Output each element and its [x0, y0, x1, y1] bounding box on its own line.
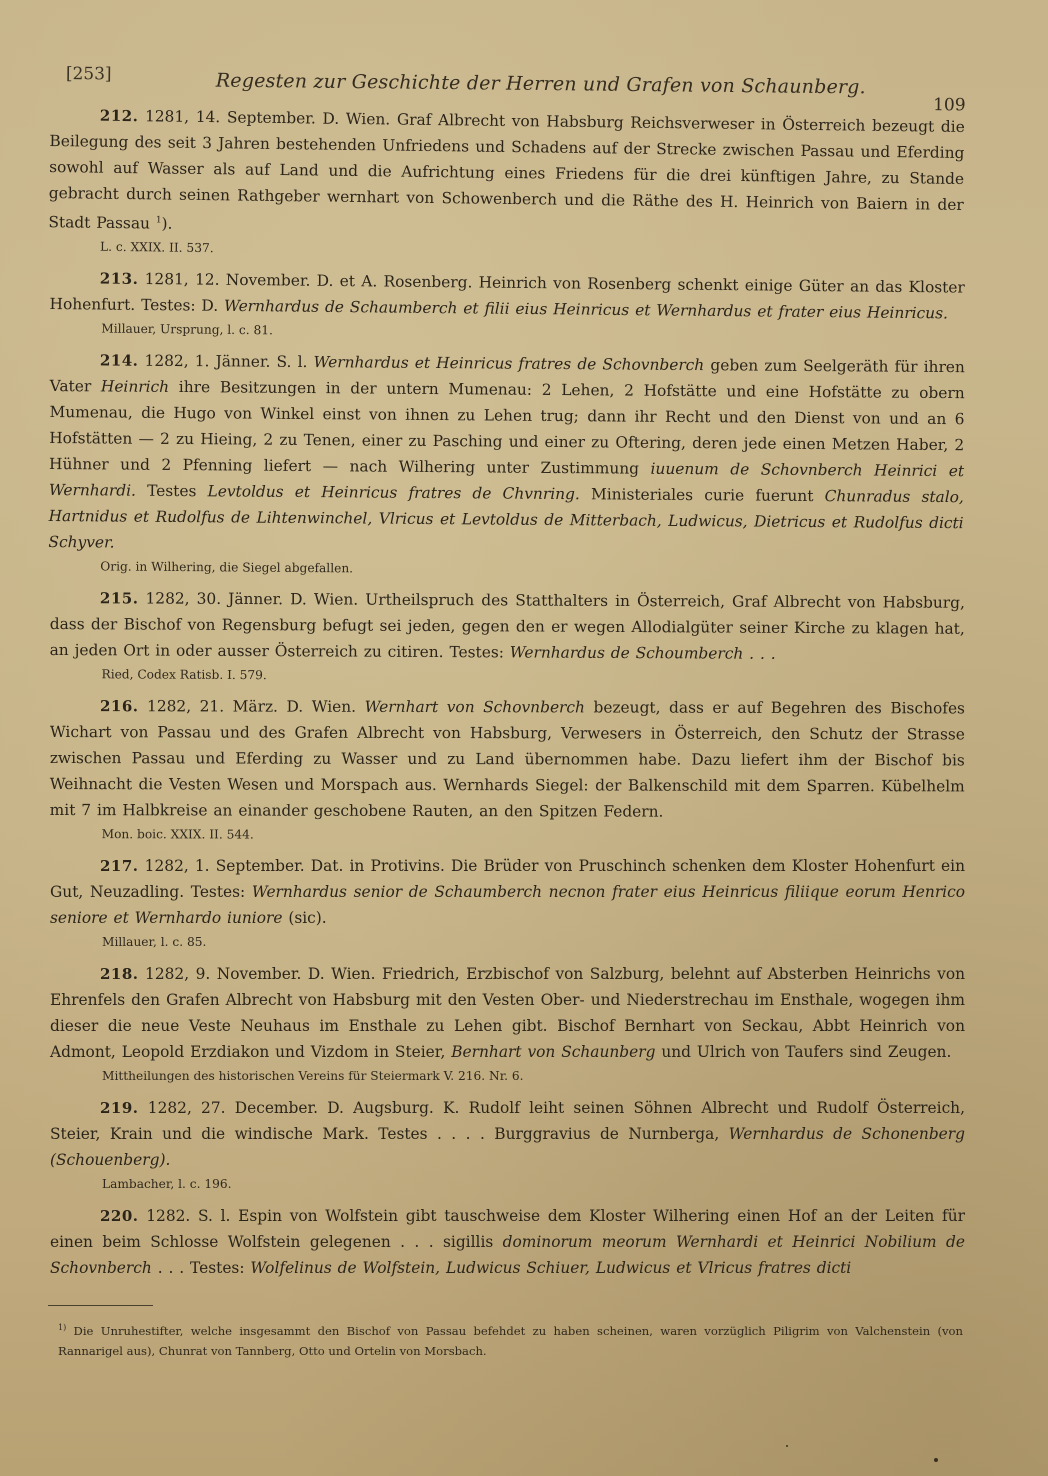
regesten-entries: 212. 1281, 14. September. D. Wien. Graf …: [50, 102, 965, 1291]
footnote-text: Die Unruhestifter, welche insgesammt den…: [58, 1324, 963, 1358]
latin-text: Levtoldus et Heinricus fratres de Chvnri…: [207, 482, 579, 503]
entry-date-place: 1282, 1. Jänner. S. l.: [138, 352, 313, 371]
entry-number: 213.: [100, 270, 139, 288]
entry-212: 212. 1281, 14. September. D. Wien. Graf …: [48, 102, 965, 267]
entry-216: 216. 1282, 21. März. D. Wien. Wernhart v…: [50, 693, 965, 845]
entry-date-place: 1282, 9. November. D. Wien.: [139, 965, 382, 983]
entry-220: 220. 1282. S. l. Espin von Wolfstein gib…: [50, 1203, 965, 1281]
entry-number: 217.: [100, 857, 139, 875]
entry-text: 220. 1282. S. l. Espin von Wolfstein gib…: [50, 1203, 965, 1281]
entry-number: 212.: [100, 107, 139, 126]
german-text: Graf Albrecht von Habsburg Reichsverwese…: [48, 111, 965, 233]
entry-source: Mon. boic. XXIX. II. 544.: [50, 825, 965, 845]
entry-tail: ).: [162, 215, 173, 233]
latin-text: Wernhart von Schovnberch: [365, 698, 585, 717]
entry-number: 219.: [100, 1099, 139, 1117]
german-text: (sic).: [282, 909, 326, 927]
entry-text: 218. 1282, 9. November. D. Wien. Friedri…: [50, 961, 965, 1065]
entry-217: 217. 1282, 1. September. Dat. in Protivi…: [50, 853, 965, 951]
running-title: Regesten zur Geschichte der Herren und G…: [216, 70, 866, 99]
entry-date-place: 1281, 12. November. D. et A. Rosenberg.: [138, 270, 478, 292]
entry-text: 215. 1282, 30. Jänner. D. Wien. Urtheils…: [50, 585, 965, 668]
german-text: Testes: [136, 482, 208, 501]
latin-text: Bernhart von Schaunberg: [451, 1043, 655, 1061]
page-reference: [253]: [66, 64, 112, 84]
footnote-divider: [48, 1305, 153, 1306]
latin-text: Wolfelinus de Wolfstein, Ludwicus Schiue…: [250, 1259, 851, 1277]
latin-text: Wernhardus et Heinricus fratres de Schov…: [314, 353, 705, 374]
entry-text: 212. 1281, 14. September. D. Wien. Graf …: [48, 102, 965, 247]
footnote-mark: 1): [58, 1323, 66, 1332]
paper-speck: [934, 1458, 938, 1462]
german-text: bezeugt, dass er auf Begehren des Bischo…: [50, 699, 965, 821]
entry-date-place: 1282. S. l.: [139, 1207, 239, 1225]
paper-speck: [786, 1445, 788, 1447]
entry-date-place: 1282, 30. Jänner. D. Wien.: [138, 590, 365, 609]
entry-number: 214.: [100, 352, 139, 370]
entry-number: 218.: [100, 965, 139, 983]
entry-214: 214. 1282, 1. Jänner. S. l. Wernhardus e…: [48, 347, 965, 582]
german-text: und Ulrich von Taufers sind Zeugen.: [655, 1043, 951, 1061]
entry-source: Mittheilungen des historischen Vereins f…: [50, 1067, 965, 1085]
entry-source: Lambacher, l. c. 196.: [50, 1175, 965, 1193]
entry-source: Ried, Codex Ratisb. I. 579.: [49, 665, 964, 688]
entry-date-place: 1281, 14. September. D. Wien.: [138, 107, 397, 128]
entry-218: 218. 1282, 9. November. D. Wien. Friedri…: [50, 961, 965, 1085]
entry-213: 213. 1281, 12. November. D. et A. Rosenb…: [49, 265, 965, 347]
entry-text: 214. 1282, 1. Jänner. S. l. Wernhardus e…: [48, 347, 965, 562]
entry-text: 216. 1282, 21. März. D. Wien. Wernhart v…: [50, 693, 965, 825]
german-text: . . . Testes:: [152, 1259, 251, 1277]
entry-date-place: 1282, 27. December. D. Augsburg.: [139, 1099, 444, 1117]
scanned-page: [253] Regesten zur Geschichte der Herren…: [0, 0, 1048, 1476]
latin-text: Wernhardus de Schoumberch . . .: [510, 644, 776, 663]
page-header: [253] Regesten zur Geschichte der Herren…: [66, 64, 966, 103]
entry-text: 213. 1281, 12. November. D. et A. Rosenb…: [49, 265, 964, 327]
entry-215: 215. 1282, 30. Jänner. D. Wien. Urtheils…: [49, 585, 965, 688]
entry-number: 215.: [100, 589, 139, 607]
entry-number: 216.: [100, 697, 139, 715]
entry-text: 219. 1282, 27. December. D. Augsburg. K.…: [50, 1095, 965, 1173]
entry-number: 220.: [100, 1207, 139, 1225]
entry-source: Millauer, l. c. 85.: [50, 933, 965, 951]
entry-text: 217. 1282, 1. September. Dat. in Protivi…: [50, 853, 965, 931]
entry-date-place: 1282, 1. September. Dat. in Protivins.: [139, 857, 451, 875]
latin-text: Wernhardus de Schaumberch et filii eius …: [224, 297, 948, 323]
footnote: 1) Die Unruhestifter, welche insgesammt …: [58, 1318, 963, 1361]
entry-date-place: 1282, 21. März. D. Wien.: [138, 697, 364, 716]
entry-219: 219. 1282, 27. December. D. Augsburg. K.…: [50, 1095, 965, 1193]
latin-text: Heinrich: [101, 378, 169, 397]
german-text: Ministeriales curie fuerunt: [580, 485, 825, 505]
